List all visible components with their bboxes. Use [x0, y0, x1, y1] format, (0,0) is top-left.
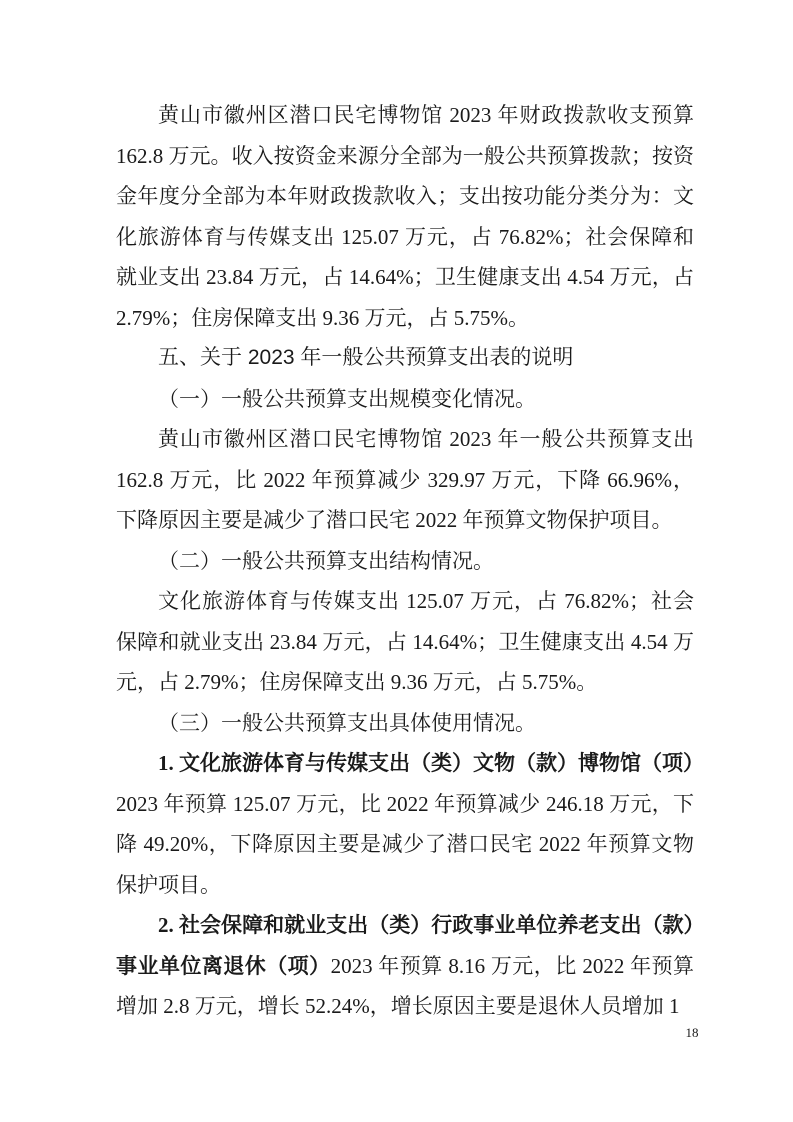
paragraph-fiscal-appropriation-summary: 黄山市徽州区潜口民宅博物馆 2023 年财政拨款收支预算 162.8 万元。收入…	[116, 95, 694, 338]
paragraph-item-2: 2. 社会保障和就业支出（类）行政事业单位养老支出（款）事业单位离退休（项）20…	[116, 905, 694, 1027]
document-body: 黄山市徽州区潜口民宅博物馆 2023 年财政拨款收支预算 162.8 万元。收入…	[116, 95, 694, 1027]
paragraph-budget-structure: 文化旅游体育与传媒支出 125.07 万元，占 76.82%；社会保障和就业支出…	[116, 581, 694, 703]
subsection-heading-2: （二）一般公共预算支出结构情况。	[116, 541, 694, 582]
page-number: 18	[680, 1023, 704, 1043]
document-page: 黄山市徽州区潜口民宅博物馆 2023 年财政拨款收支预算 162.8 万元。收入…	[0, 0, 793, 1122]
paragraph-budget-scale-change: 黄山市徽州区潜口民宅博物馆 2023 年一般公共预算支出 162.8 万元，比 …	[116, 419, 694, 541]
subsection-heading-3: （三）一般公共预算支出具体使用情况。	[116, 703, 694, 744]
item-1-text: 2023 年预算 125.07 万元，比 2022 年预算减少 246.18 万…	[116, 792, 694, 897]
section-heading-5: 五、关于 2023 年一般公共预算支出表的说明	[116, 338, 694, 379]
paragraph-item-1: 1. 文化旅游体育与传媒支出（类）文物（款）博物馆（项）2023 年预算 125…	[116, 743, 694, 905]
subsection-heading-1: （一）一般公共预算支出规模变化情况。	[116, 379, 694, 420]
item-1-lead: 1. 文化旅游体育与传媒支出（类）文物（款）博物馆（项）	[158, 751, 704, 775]
